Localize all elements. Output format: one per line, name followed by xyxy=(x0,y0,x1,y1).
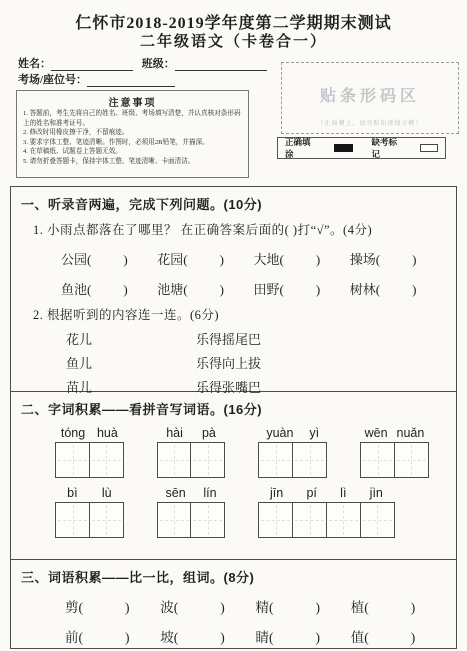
writing-cell xyxy=(360,502,395,538)
notice-item-4: 4. 在草稿纸、试题卷上答题无效。 xyxy=(23,147,242,157)
match-right-3: 乐得张嘴巴 xyxy=(196,380,261,395)
option-gongyuan: 公园() xyxy=(61,249,157,268)
option-tianye: 田野() xyxy=(254,279,350,298)
zuci-zhi1: 植() xyxy=(351,596,446,616)
filled-mark-icon xyxy=(334,144,353,152)
writing-cell xyxy=(360,442,395,478)
zuci-row-1: 剪() 波() 精() 植() xyxy=(65,596,446,616)
zuci-row-2: 前() 坡() 睛() 值() xyxy=(65,626,446,646)
writing-cell xyxy=(258,442,293,478)
writing-cell xyxy=(55,442,90,478)
writing-cell xyxy=(89,502,124,538)
notice-item-5: 5. 请勿折叠答题卡，保持字体工整、笔迹清晰、卡面清洁。 xyxy=(23,157,242,167)
match-row-2: 鱼儿 乐得向上拔 xyxy=(66,356,446,371)
option-chitang: 池塘() xyxy=(157,279,253,298)
notice-title: 注意事项 xyxy=(23,94,242,109)
question-1-text: 1. 小雨点都落在了哪里？ 在正确答案后面的( )打“√”。(4分) xyxy=(33,220,446,238)
match-right-2: 乐得向上拔 xyxy=(196,356,261,371)
class-blank xyxy=(175,60,267,71)
zuci-po: 坡() xyxy=(160,626,255,646)
match-left-yur: 鱼儿 xyxy=(66,356,196,371)
student-info-row: 姓名： 班级： xyxy=(18,55,267,71)
pinyin-group-haipa: hàipà xyxy=(157,426,226,478)
section-three-title: 三、词语积累——比一比，组词。(8分) xyxy=(21,567,446,586)
match-right-1: 乐得摇尾巴 xyxy=(196,332,261,347)
options-row-1: 公园() 花园() 大地() 操场() xyxy=(61,249,446,268)
section-three-zuci: 三、词语积累——比一比，组词。(8分) 剪() 波() 精() 植() 前() … xyxy=(10,559,457,649)
writing-cell xyxy=(326,502,361,538)
question-2-text: 2. 根据听到的内容连一连。(6分) xyxy=(33,305,446,323)
pinyin-group-senlin: sēnlín xyxy=(157,486,226,538)
writing-cell xyxy=(394,442,429,478)
pinyin-group-tonghua: tónghuà xyxy=(55,426,124,478)
seat-info-row: 考场/座位号： xyxy=(18,71,175,87)
zuci-jing1: 精() xyxy=(256,596,351,616)
writing-cell xyxy=(190,502,225,538)
main-content: 一、听录音两遍，完成下列问题。(10分) 1. 小雨点都落在了哪里？ 在正确答案… xyxy=(10,187,457,649)
section-one-listening: 一、听录音两遍，完成下列问题。(10分) 1. 小雨点都落在了哪里？ 在正确答案… xyxy=(10,186,457,393)
option-caochang: 操场() xyxy=(350,249,446,268)
empty-mark-icon xyxy=(420,144,438,152)
seat-label: 考场/座位号： xyxy=(18,74,87,86)
exam-paper-page: 仁怀市2018-2019学年度第二学期期末测试 二年级语文（卡卷合一） 姓名： … xyxy=(0,0,467,651)
barcode-area-caption: （正面朝上，切勿贴出虚线方框） xyxy=(282,118,458,127)
option-dadi: 大地() xyxy=(254,249,350,268)
notice-box: 注意事项 1. 答题前，考生先将自己的姓名、班级、考场填写清楚，并认真核对条形码… xyxy=(16,90,249,178)
section-two-pinyin: 二、字词积累——看拼音写词语。(16分) tónghuà hàipà yuàny… xyxy=(10,391,457,560)
notice-item-2: 2. 修改时用橡皮擦干净，不留痕迹。 xyxy=(23,128,242,138)
seat-blank xyxy=(87,76,175,87)
barcode-paste-area: 贴条形码区 （正面朝上，切勿贴出虚线方框） xyxy=(281,62,459,134)
writing-cell xyxy=(292,442,327,478)
option-yuchi: 鱼池() xyxy=(61,279,157,298)
notice-item-3: 3. 要求字体工整、笔迹清晰。作图时，必须用2B铅笔，并描深。 xyxy=(23,138,242,148)
pinyin-grid-row-2: bìlù sēnlín jīnpílìjìn xyxy=(55,486,446,538)
options-row-2: 鱼池() 池塘() 田野() 树林() xyxy=(61,279,446,298)
pinyin-grid-row-1: tónghuà hàipà yuànyì wēnnuǎn xyxy=(55,426,446,478)
writing-cell xyxy=(55,502,90,538)
exam-subtitle: 二年级语文（卡卷合一） xyxy=(0,30,467,51)
pinyin-group-bilu: bìlù xyxy=(55,486,124,538)
match-row-1: 花儿 乐得摇尾巴 xyxy=(66,332,446,347)
writing-cell xyxy=(89,442,124,478)
zuci-jian: 剪() xyxy=(65,596,160,616)
correct-fill-label: 正确填涂 xyxy=(285,136,318,160)
match-left-huar: 花儿 xyxy=(66,332,196,347)
notice-item-1: 1. 答题前，考生先将自己的姓名、班级、考场填写清楚，并认真核对条形码上的姓名和… xyxy=(23,109,242,128)
writing-cell xyxy=(258,502,293,538)
class-label: 班级： xyxy=(142,58,175,70)
match-left-miaor: 苗儿 xyxy=(66,380,196,395)
pinyin-group-wennuan: wēnnuǎn xyxy=(360,426,429,478)
writing-cell xyxy=(190,442,225,478)
writing-cell xyxy=(157,502,192,538)
section-one-title: 一、听录音两遍，完成下列问题。(10分) xyxy=(21,194,446,213)
pinyin-group-jinpilijin: jīnpílìjìn xyxy=(258,486,394,538)
absent-mark-label: 缺考标记 xyxy=(371,136,404,160)
zuci-bo: 波() xyxy=(160,596,255,616)
pinyin-group-yuanyi: yuànyì xyxy=(258,426,327,478)
zuci-qian: 前() xyxy=(65,626,160,646)
name-label: 姓名： xyxy=(18,58,51,70)
name-blank xyxy=(51,60,133,71)
section-two-title: 二、字词积累——看拼音写词语。(16分) xyxy=(21,399,446,418)
marking-legend: 正确填涂 缺考标记 xyxy=(277,137,446,159)
option-huayuan: 花园() xyxy=(157,249,253,268)
zuci-zhi2: 值() xyxy=(351,626,446,646)
option-shulin: 树林() xyxy=(350,279,446,298)
writing-cell xyxy=(292,502,327,538)
barcode-area-title: 贴条形码区 xyxy=(282,83,458,106)
zuci-jing2: 睛() xyxy=(256,626,351,646)
writing-cell xyxy=(157,442,192,478)
